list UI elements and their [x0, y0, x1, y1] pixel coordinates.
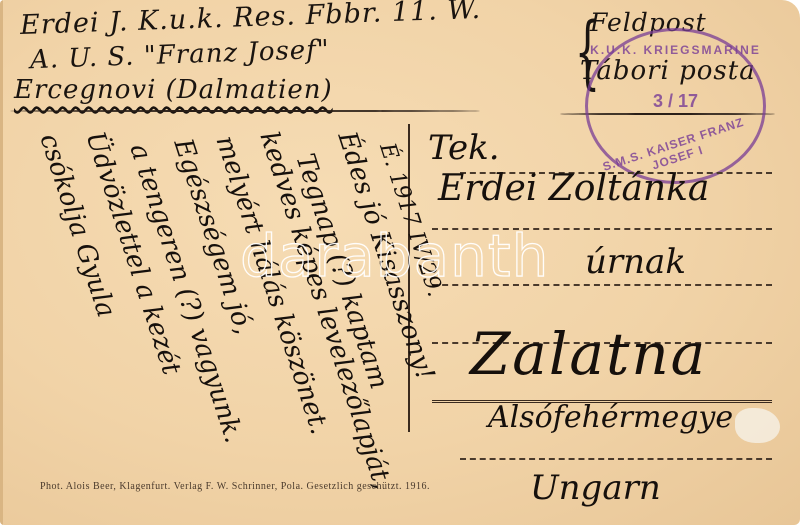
recipient-name: Erdei Zoltánka [438, 168, 709, 209]
postmark-top-text: K.U.K. KRIEGSMARINE [588, 43, 763, 57]
recipient-prefix: Tek. [428, 128, 500, 168]
sender-line-3: Ercegnovi (Dalmatien) [14, 75, 333, 105]
postcard: Erdei J. K.u.k. Res. Fbbr. 11. W. A. U. … [0, 0, 800, 525]
recipient-title: úrnak [585, 242, 686, 282]
sender-line-1: Erdei J. K.u.k. Res. Fbbr. 11. W. [20, 0, 482, 41]
sender-line-2: A. U. S. "Franz Josef" [30, 35, 331, 75]
card-edge [0, 0, 3, 525]
sender-underline [10, 110, 480, 112]
watermark: darabanth [240, 222, 549, 290]
recipient-country: Ungarn [530, 468, 661, 508]
recipient-city: Zalatna [470, 320, 707, 388]
paper-damage [735, 408, 780, 443]
address-line-6 [460, 458, 772, 460]
postmark-stamp: K.U.K. KRIEGSMARINE 3 / 17 S.M.S. KAISER… [585, 28, 766, 184]
recipient-county: Alsófehérmegye [488, 400, 733, 435]
publisher-imprint: Phot. Alois Beer, Klagenfurt. Verlag F. … [40, 481, 430, 492]
postmark-date: 3 / 17 [588, 91, 763, 112]
